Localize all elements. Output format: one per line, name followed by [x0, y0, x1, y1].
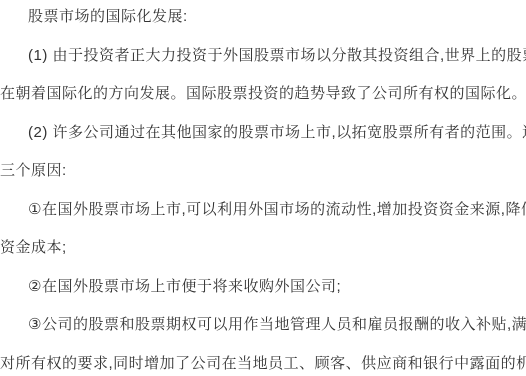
title-line: 股票市场的国际化发展:: [0, 0, 526, 37]
reason-2-line: ②在国外股票市场上市便于将来收购外国公司;: [0, 268, 526, 307]
point-1-line-2: 在朝着国际化的方向发展。国际股票投资的趋势导致了公司所有权的国际化。: [0, 75, 526, 114]
reason-3-line-1: ③公司的股票和股票期权可以用作当地管理人员和雇员报酬的收入补贴,满足了当地人: [0, 306, 526, 345]
reason-3-line-2: 对所有权的要求,同时增加了公司在当地员工、顾客、供应商和银行中露面的机会。: [0, 345, 526, 375]
reason-1-line-1: ①在国外股票市场上市,可以利用外国市场的流动性,增加投资资金来源,降低企业的: [0, 191, 526, 230]
point-2-line-2: 三个原因:: [0, 152, 526, 191]
point-1-line-1: (1) 由于投资者正大力投资于外国股票市场以分散其投资组合,世界上的股票市场正: [0, 37, 526, 76]
reason-1-line-2: 资金成本;: [0, 229, 526, 268]
point-2-line-1: (2) 许多公司通过在其他国家的股票市场上市,以拓宽股票所有者的范围。这主要有: [0, 114, 526, 153]
document-page: 股票市场的国际化发展: (1) 由于投资者正大力投资于外国股票市场以分散其投资组…: [0, 0, 526, 374]
